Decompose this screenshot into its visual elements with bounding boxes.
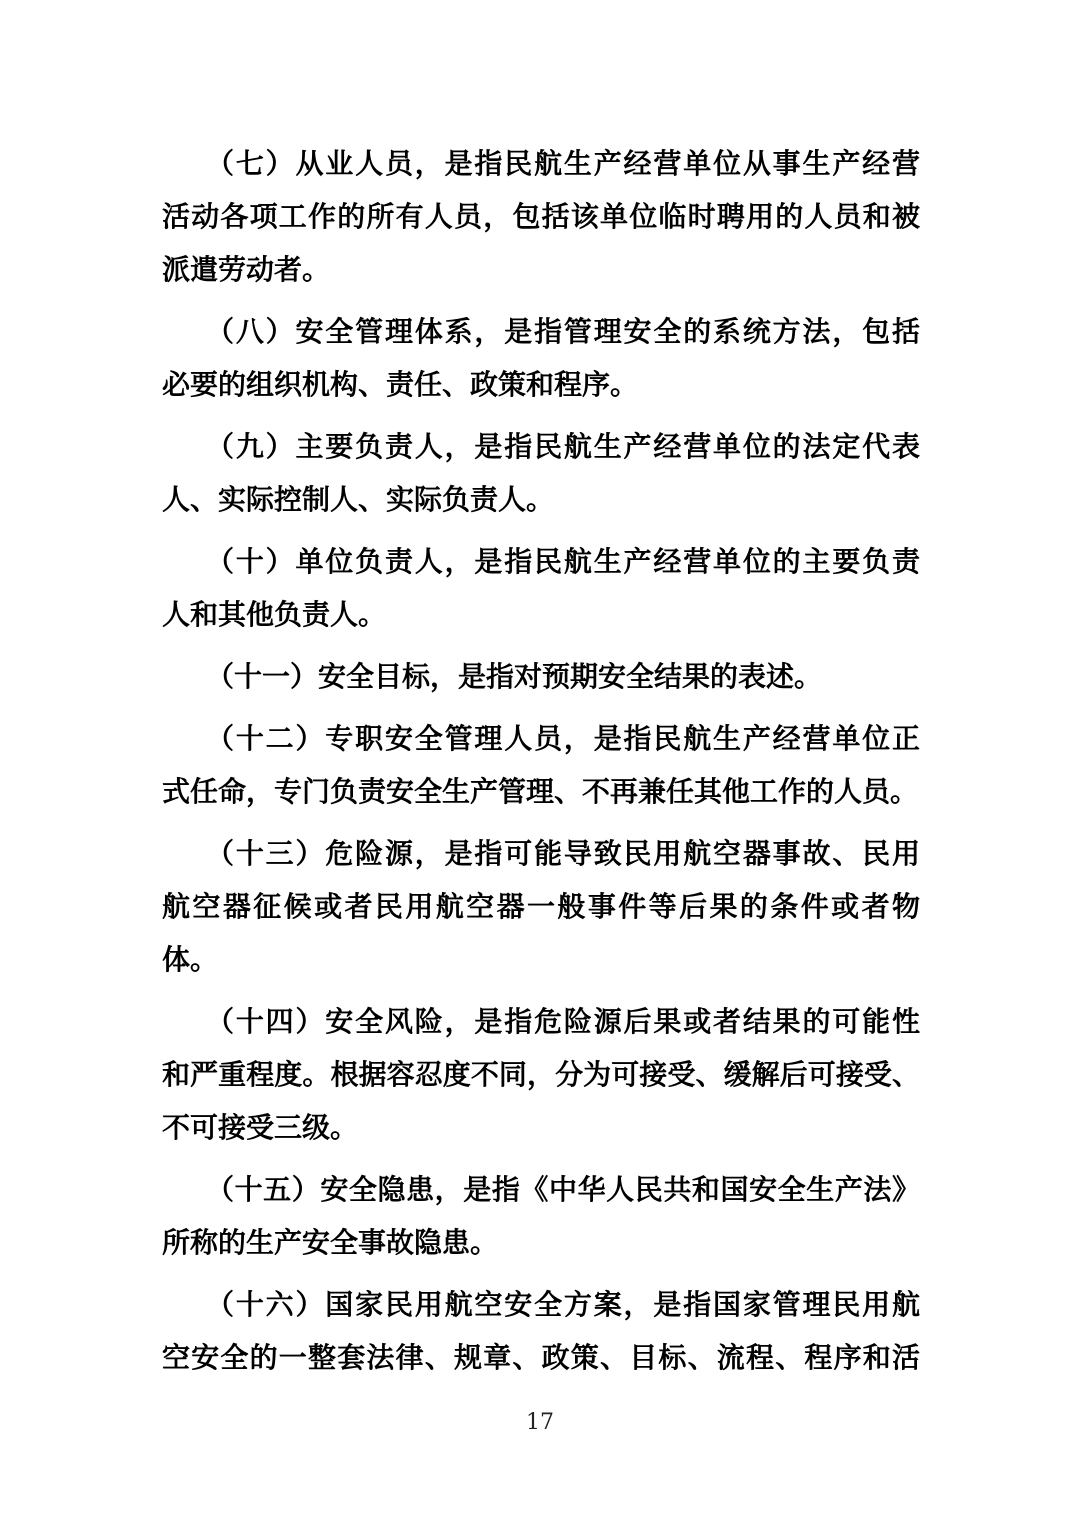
paragraph: （十二）专职安全管理人员，是指民航生产经营单位正 式任命，专门负责安全生产管理、… [162,712,920,818]
paragraph-line: （十）单位负责人，是指民航生产经营单位的主要负责 [162,535,920,588]
paragraph: （十）单位负责人，是指民航生产经营单位的主要负责 人和其他负责人。 [162,535,920,641]
document-body: （七）从业人员，是指民航生产经营单位从事生产经营 活动各项工作的所有人员，包括该… [162,137,920,1393]
paragraph: （十一）安全目标，是指对预期安全结果的表述。 [162,650,920,703]
paragraph: （十五）安全隐患，是指《中华人民共和国安全生产法》 所称的生产安全事故隐患。 [162,1163,920,1269]
paragraph: （十四）安全风险，是指危险源后果或者结果的可能性 和严重程度。根据容忍度不同，分… [162,995,920,1154]
paragraph-line: 式任命，专门负责安全生产管理、不再兼任其他工作的人员。 [162,765,920,818]
document-page: （七）从业人员，是指民航生产经营单位从事生产经营 活动各项工作的所有人员，包括该… [0,0,1080,1527]
paragraph: （九）主要负责人，是指民航生产经营单位的法定代表 人、实际控制人、实际负责人。 [162,420,920,526]
paragraph-line: （九）主要负责人，是指民航生产经营单位的法定代表 [162,420,920,473]
paragraph-line: 活动各项工作的所有人员，包括该单位临时聘用的人员和被 [162,190,920,243]
paragraph-line: （十二）专职安全管理人员，是指民航生产经营单位正 [162,712,920,765]
page-number: 17 [0,1410,1080,1436]
paragraph-line: （十六）国家民用航空安全方案，是指国家管理民用航 [162,1278,920,1331]
paragraph: （十六）国家民用航空安全方案，是指国家管理民用航 空安全的一整套法律、规章、政策… [162,1278,920,1384]
paragraph-line: 所称的生产安全事故隐患。 [162,1216,920,1269]
paragraph: （八）安全管理体系，是指管理安全的系统方法，包括 必要的组织机构、责任、政策和程… [162,305,920,411]
paragraph-line: 人、实际控制人、实际负责人。 [162,473,920,526]
paragraph-line: （十五）安全隐患，是指《中华人民共和国安全生产法》 [162,1163,920,1216]
paragraph-line: （八）安全管理体系，是指管理安全的系统方法，包括 [162,305,920,358]
paragraph-line: 航空器征候或者民用航空器一般事件等后果的条件或者物 [162,880,920,933]
paragraph-line: （十三）危险源，是指可能导致民用航空器事故、民用 [162,827,920,880]
paragraph-line: 派遣劳动者。 [162,243,920,296]
paragraph-line: （十一）安全目标，是指对预期安全结果的表述。 [162,650,920,703]
paragraph-line: 人和其他负责人。 [162,588,920,641]
paragraph-line: （十四）安全风险，是指危险源后果或者结果的可能性 [162,995,920,1048]
paragraph: （十三）危险源，是指可能导致民用航空器事故、民用 航空器征候或者民用航空器一般事… [162,827,920,986]
paragraph-line: （七）从业人员，是指民航生产经营单位从事生产经营 [162,137,920,190]
paragraph-line: 必要的组织机构、责任、政策和程序。 [162,358,920,411]
paragraph-line: 不可接受三级。 [162,1101,920,1154]
paragraph-line: 体。 [162,933,920,986]
paragraph: （七）从业人员，是指民航生产经营单位从事生产经营 活动各项工作的所有人员，包括该… [162,137,920,296]
paragraph-line: 空安全的一整套法律、规章、政策、目标、流程、程序和活 [162,1331,920,1384]
paragraph-line: 和严重程度。根据容忍度不同，分为可接受、缓解后可接受、 [162,1048,920,1101]
